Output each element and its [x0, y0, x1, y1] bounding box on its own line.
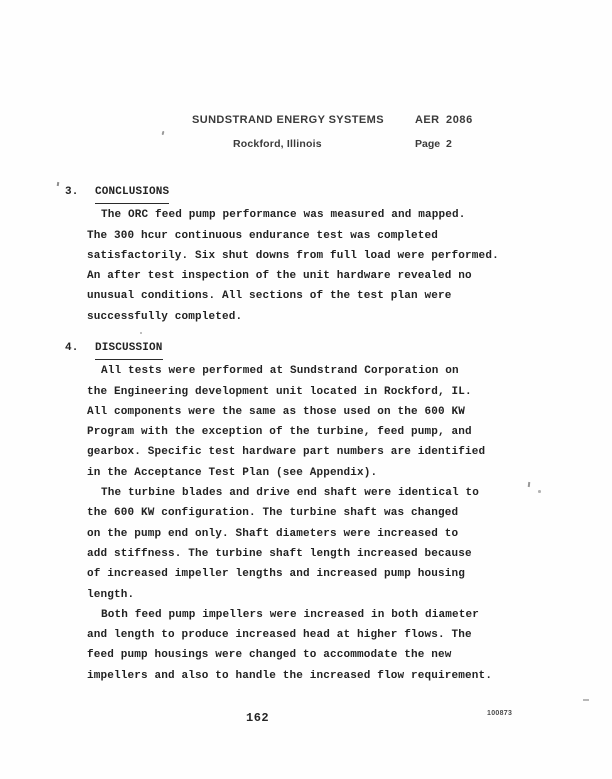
text-line: gearbox. Specific test hardware part num…: [87, 442, 612, 462]
text-line: and length to produce increased head at …: [87, 625, 612, 645]
text-line: Both feed pump impellers were increased …: [87, 605, 612, 625]
text-line: The turbine blades and drive end shaft w…: [87, 483, 612, 503]
scan-artifact: [583, 699, 589, 701]
doc-number-value: 2086: [446, 114, 473, 126]
text-line: the 600 KW configuration. The turbine sh…: [87, 503, 612, 523]
page-number-value: 2: [446, 138, 452, 150]
text-line: length.: [87, 585, 612, 605]
text-line: An after test inspection of the unit har…: [87, 266, 612, 286]
company-name: SUNDSTRAND ENERGY SYSTEMS: [192, 114, 384, 126]
page-number-label: Page: [415, 138, 440, 150]
text-line: satisfactorily. Six shut downs from full…: [87, 246, 612, 266]
text-line: of increased impeller lengths and increa…: [87, 564, 612, 584]
text-line: add stiffness. The turbine shaft length …: [87, 544, 612, 564]
scan-artifact: [140, 332, 142, 334]
scan-artifact: [538, 490, 541, 493]
text-line: successfully completed.: [87, 307, 612, 327]
section-title: DISCUSSION: [95, 338, 163, 360]
text-line: in the Acceptance Test Plan (see Appendi…: [87, 463, 612, 483]
section-number: 4.: [65, 338, 79, 358]
section-title: CONCLUSIONS: [95, 182, 169, 204]
text-line: The ORC feed pump performance was measur…: [87, 205, 612, 225]
text-line: unusual conditions. All sections of the …: [87, 286, 612, 306]
text-line: All tests were performed at Sundstrand C…: [87, 361, 612, 381]
section: 3.CONCLUSIONSThe ORC feed pump performan…: [0, 182, 612, 327]
company-location: Rockford, Illinois: [233, 138, 322, 150]
section-heading: 4.DISCUSSION: [0, 338, 612, 358]
footer-doc-code: 100873: [487, 710, 512, 717]
scanned-document-page: SUNDSTRAND ENERGY SYSTEMS Rockford, Illi…: [0, 0, 612, 779]
section-heading: 3.CONCLUSIONS: [0, 182, 612, 202]
scan-artifact: [162, 131, 165, 135]
text-line: All components were the same as those us…: [87, 402, 612, 422]
section: 4.DISCUSSIONAll tests were performed at …: [0, 338, 612, 686]
text-line: the Engineering development unit located…: [87, 382, 612, 402]
text-line: feed pump housings were changed to accom…: [87, 645, 612, 665]
text-line: The 300 hcur continuous endurance test w…: [87, 226, 612, 246]
footer-page-number: 162: [246, 711, 269, 725]
doc-number-label: AER: [415, 114, 439, 126]
text-line: on the pump end only. Shaft diameters we…: [87, 524, 612, 544]
text-line: impellers and also to handle the increas…: [87, 666, 612, 686]
section-number: 3.: [65, 182, 79, 202]
text-line: Program with the exception of the turbin…: [87, 422, 612, 442]
